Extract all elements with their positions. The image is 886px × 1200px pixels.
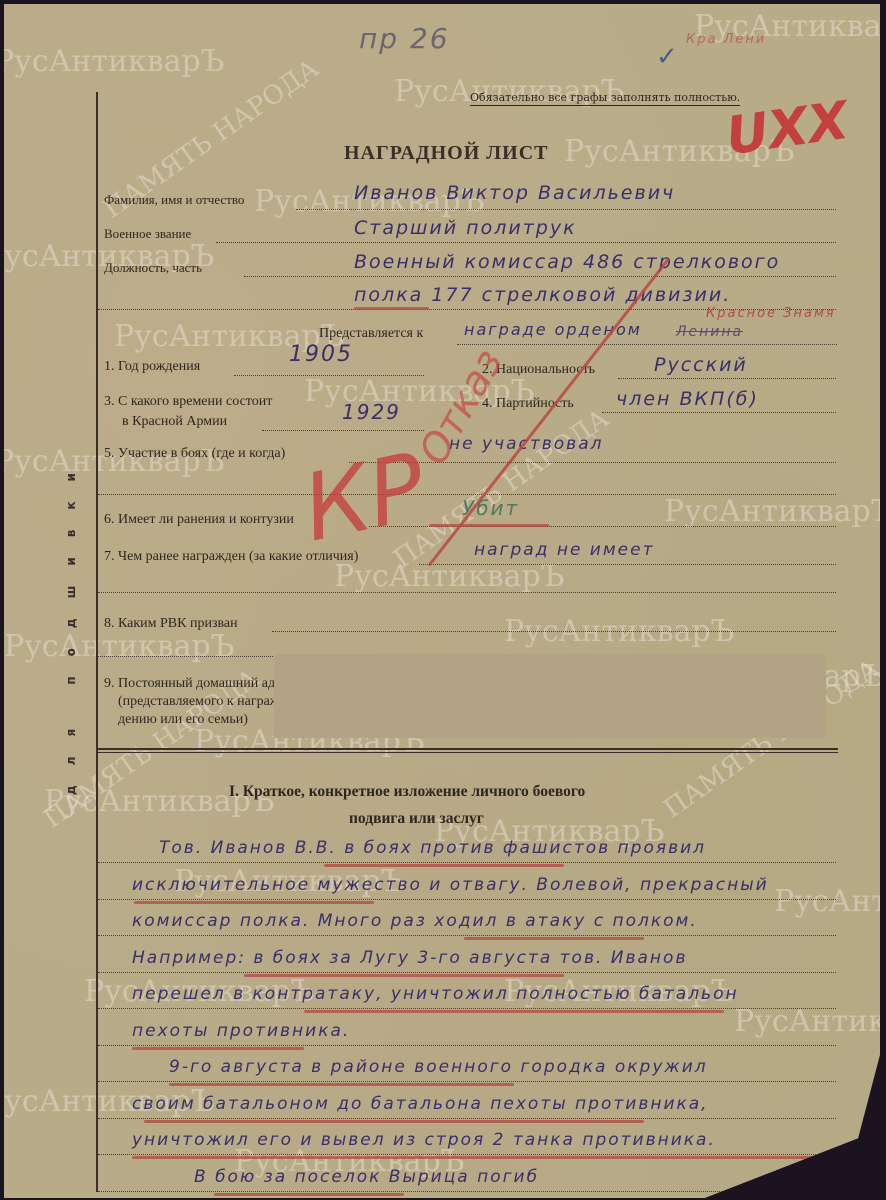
red-underline (354, 307, 429, 310)
red-resolution: КР (294, 433, 434, 563)
rvk-line-2 (98, 656, 273, 657)
red-underline (132, 1156, 864, 1159)
ruled-line (98, 862, 836, 863)
section-divider (98, 748, 838, 750)
red-underline (464, 937, 644, 940)
nominated-line (457, 344, 837, 345)
narrative-line: 9-го августа в районе военного городка о… (169, 1057, 708, 1077)
narrative-line: В бою за поселок Вырица погиб (194, 1167, 539, 1187)
archive-mark: пр 26 (359, 22, 450, 55)
award-correction: Красное Знамя (706, 306, 836, 321)
watermark: РусАнтикварЪ (664, 494, 886, 529)
narrative-line: своим батальоном до батальона пехоты про… (132, 1094, 709, 1114)
full-name-value: Иванов Виктор Васильевич (354, 182, 675, 204)
birth-year-label: 1. Год рождения (104, 359, 200, 375)
rank-line (216, 242, 836, 243)
prior-awards-line-2 (98, 592, 836, 593)
watermark: РусАнтикварЪ (774, 884, 886, 919)
rvk-label: 8. Каким РВК призван (104, 616, 238, 632)
position-value-line1: Военный комиссар 486 стрелкового (354, 251, 780, 273)
notice-text: Обязательно все графы заполнять полность… (470, 91, 740, 106)
watermark: РусАнтикварЪ (4, 629, 235, 664)
red-underline (324, 864, 564, 867)
section-title-1: I. Краткое, конкретное изложение личного… (229, 783, 585, 801)
ruled-line (98, 1081, 836, 1082)
ruled-line (98, 972, 836, 973)
position-line (244, 276, 836, 277)
watermark: РусАнтикварЪ (734, 1004, 886, 1039)
red-underline (169, 1083, 514, 1086)
narrative-line: Тов. Иванов В.В. в боях против фашистов … (159, 838, 706, 858)
nationality-line (618, 378, 836, 379)
check-mark-icon: ✓ (656, 42, 678, 72)
ruled-line (98, 1191, 836, 1192)
section-title-2: подвига или заслуг (349, 810, 484, 828)
narrative-line: перешел в контратаку, уничтожил полность… (132, 984, 739, 1004)
check-note: Кра Лени (686, 32, 766, 47)
red-underline (144, 1120, 644, 1123)
rvk-line (272, 631, 836, 632)
wounds-label: 6. Имеет ли ранения и контузии (104, 512, 294, 528)
ruled-line (98, 1008, 836, 1009)
battles-label: 5. Участие в боях (где и когда) (104, 446, 285, 462)
award-sheet: РусАнтикварЪ РусАнтикварЪ РусАнтикварЪ П… (4, 4, 880, 1198)
red-underline (304, 1010, 724, 1013)
margin-rule (96, 92, 98, 1192)
page-title: НАГРАДНОЙ ЛИСТ (344, 142, 549, 165)
ruled-line (98, 1154, 836, 1155)
red-underline (134, 901, 374, 904)
position-value-line2: полка 177 стрелковой дивизии. (354, 284, 731, 306)
watermark: РусАнтикварЪ (0, 44, 225, 79)
party-line (602, 412, 836, 413)
redacted-address (274, 654, 826, 738)
ruled-line (98, 1118, 836, 1119)
rank-value: Старший политрук (354, 217, 577, 239)
ruled-line (98, 935, 836, 936)
narrative-line: пехоты противника. (132, 1021, 350, 1041)
rank-label: Военное звание (104, 226, 191, 242)
red-underline (429, 524, 549, 527)
army-since-label-1: 3. С какого времени состоит (104, 394, 272, 410)
narrative-line: Например: в боях за Лугу 3-го августа то… (132, 948, 687, 968)
red-underline (244, 974, 564, 977)
full-name-label: Фамилия, имя и отчество (104, 192, 244, 208)
nominated-label: Представляется к (319, 326, 423, 342)
narrative-line: комиссар полка. Много раз ходил в атаку … (132, 911, 698, 931)
ruled-line (98, 1045, 836, 1046)
nationality-value: Русский (654, 354, 748, 376)
prior-awards-value: наград не имеет (474, 540, 655, 560)
struck-award: Ленина (676, 324, 743, 340)
ruled-line (98, 899, 836, 900)
army-since-line (262, 430, 424, 431)
battles-line-2 (98, 494, 836, 495)
party-value: член ВКП(б) (616, 388, 759, 410)
binding-label: для подшивки (64, 384, 84, 864)
prior-awards-line (419, 564, 836, 565)
narrative-line: исключительное мужество и отвагу. Волево… (132, 875, 769, 895)
birth-year-line (234, 375, 424, 376)
red-underline (132, 1047, 304, 1050)
army-since-value: 1929 (342, 400, 401, 424)
position-label: Должность, часть (104, 260, 202, 276)
address-label-3: дению или его семьи) (118, 712, 248, 728)
birth-year-value: 1905 (289, 342, 353, 367)
corner-stamp: UXX (722, 91, 852, 167)
red-underline (214, 1193, 404, 1196)
full-name-line (296, 209, 836, 210)
army-since-label-2: в Красной Армии (122, 414, 227, 430)
address-label-1: 9. Постоянный домашний адрес: (104, 676, 299, 692)
narrative-line: уничтожил его и вывел из строя 2 танка п… (132, 1130, 716, 1150)
battles-line (349, 462, 836, 463)
section-divider (98, 752, 838, 753)
address-label-2: (представляемого к награж- (118, 694, 284, 710)
